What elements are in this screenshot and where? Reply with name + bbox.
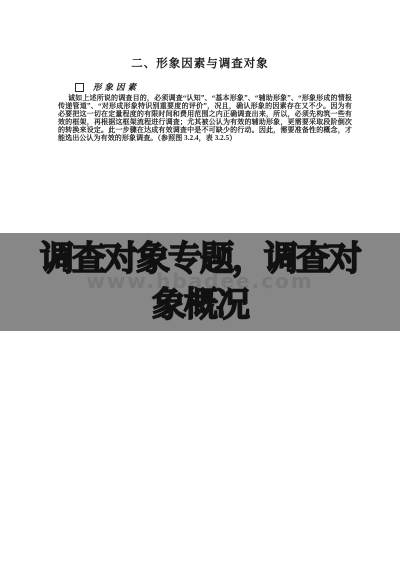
- section-heading: 形象因素: [75, 81, 139, 93]
- scanned-book-page: 二、形象因素与调查对象 形象因素 诚如上述所说的调查目的，必须调查“认知”、“基…: [0, 0, 400, 566]
- overlay-banner: www.hbadee.com 调查对象专题，调查对 象概况: [0, 233, 400, 331]
- body-paragraph: 诚如上述所说的调查目的，必须调查“认知”、“基本形象”、“辅助形象”、“形象形成…: [58, 94, 352, 142]
- section-title: 形象因素: [93, 81, 139, 93]
- banner-title-line-1: 调查对象专题，调查对: [40, 236, 360, 282]
- square-bullet-icon: [75, 83, 84, 92]
- banner-title-line-2: 象概况: [152, 282, 248, 328]
- page-title: 二、形象因素与调查对象: [0, 55, 400, 71]
